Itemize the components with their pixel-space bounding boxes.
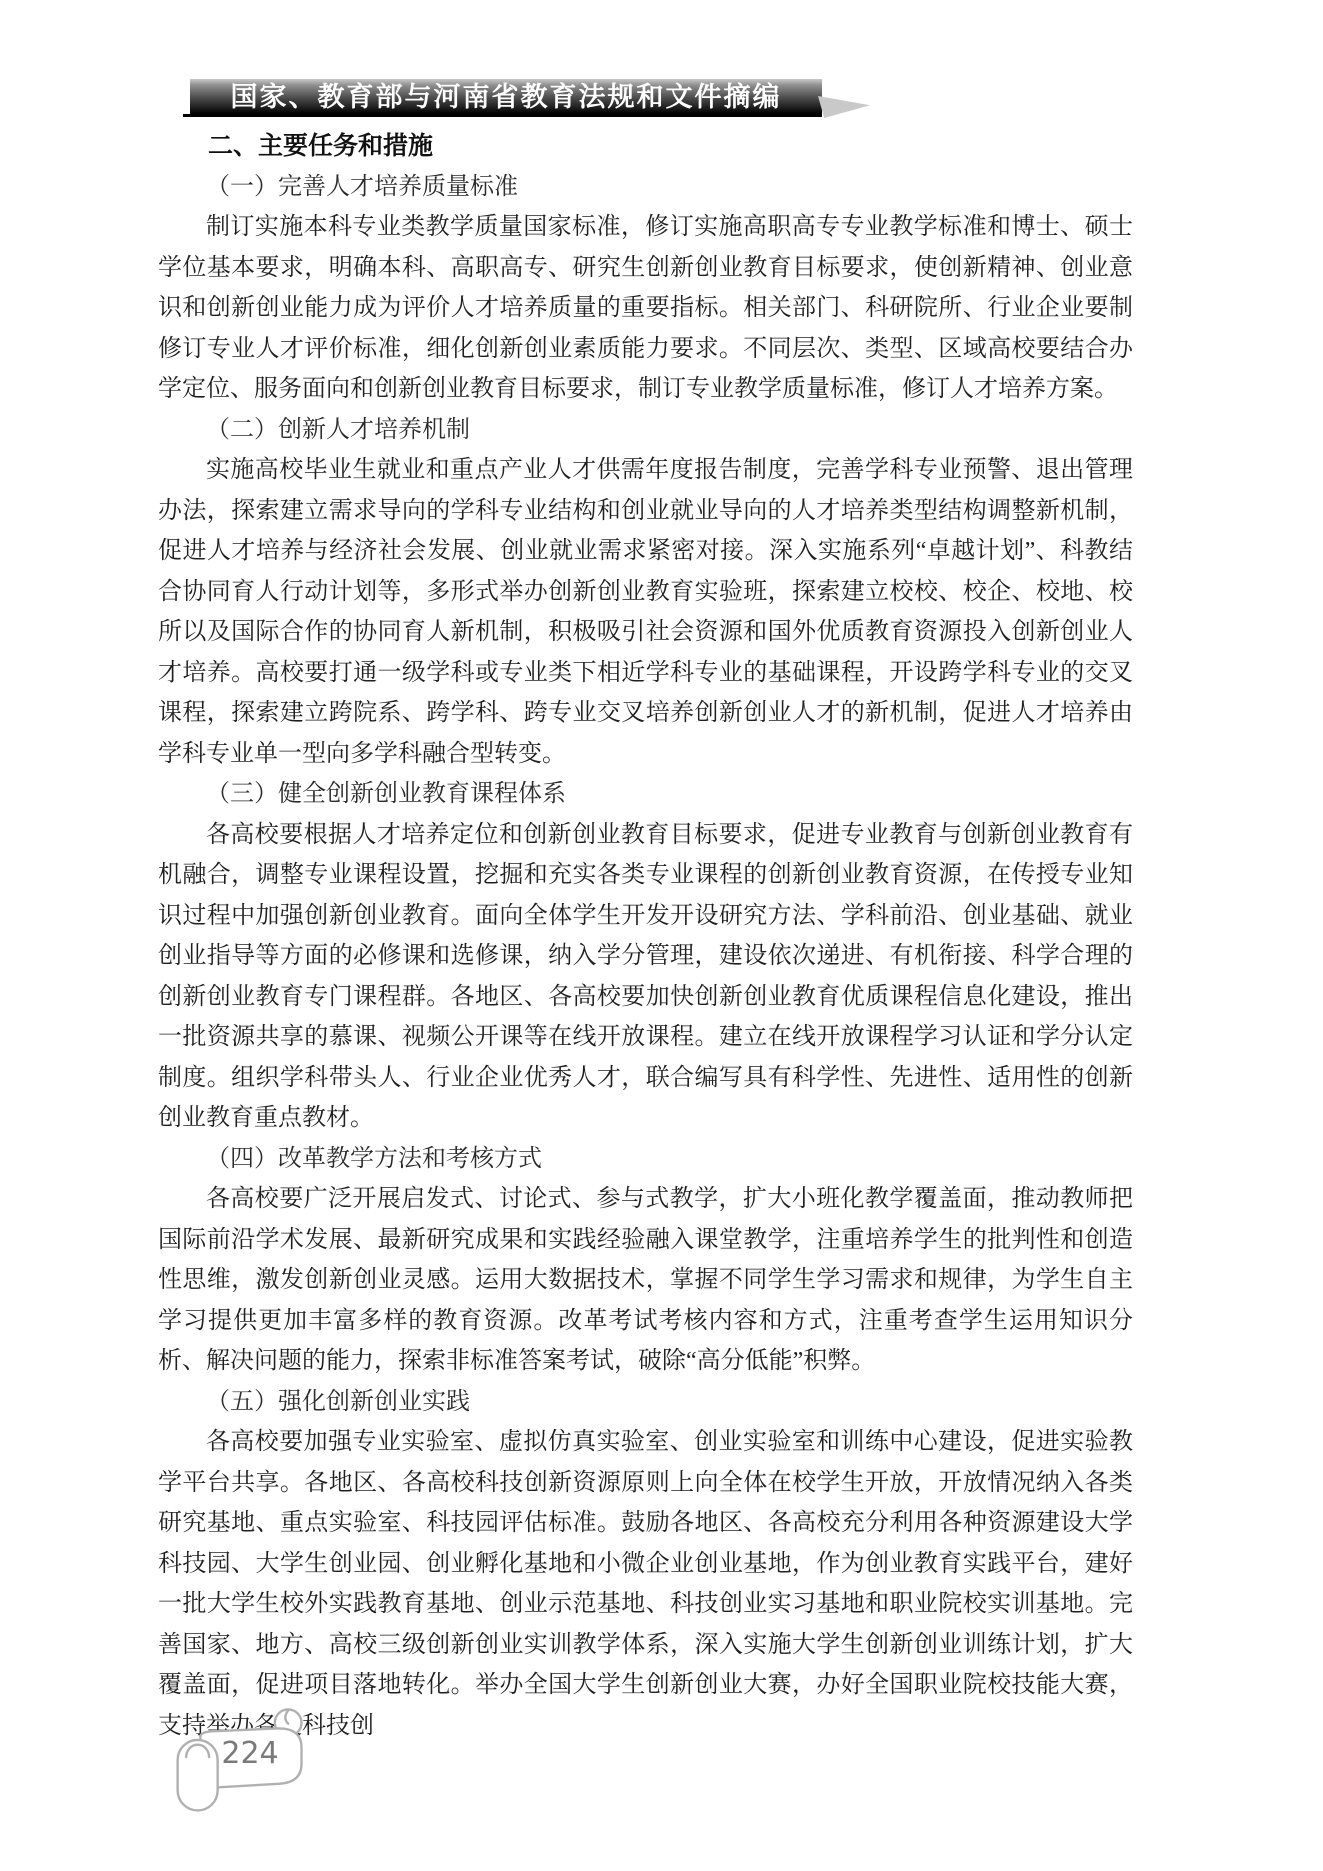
- document-body: 二、主要任务和措施 （一）完善人才培养质量标准 制订实施本科专业类教学质量国家标…: [158, 126, 1133, 1746]
- subsection-paragraph-1: 制订实施本科专业类教学质量国家标准，修订实施高职高专专业教学标准和博士、硕士学位…: [158, 207, 1133, 410]
- page-number-scroll: 224: [170, 1694, 332, 1824]
- subsection-heading-1: （一）完善人才培养质量标准: [158, 167, 1133, 208]
- document-page: 国家、教育部与河南省教育法规和文件摘编 二、主要任务和措施 （一）完善人才培养质…: [0, 0, 1323, 1871]
- subsection-paragraph-3: 各高校要根据人才培养定位和创新创业教育目标要求，促进专业教育与创新创业教育有机融…: [158, 815, 1133, 1139]
- banner-title: 国家、教育部与河南省教育法规和文件摘编: [231, 79, 782, 115]
- header-banner: 国家、教育部与河南省教育法规和文件摘编: [190, 79, 822, 114]
- subsection-paragraph-2: 实施高校毕业生就业和重点产业人才供需年度报告制度，完善学科专业预警、退出管理办法…: [158, 450, 1133, 774]
- subsection-heading-4: （四）改革教学方法和考核方式: [158, 1139, 1133, 1180]
- subsection-heading-2: （二）创新人才培养机制: [158, 410, 1133, 451]
- header-banner-underline: 国家、教育部与河南省教育法规和文件摘编: [183, 79, 822, 117]
- subsection-heading-3: （三）健全创新创业教育课程体系: [158, 774, 1133, 815]
- page-number: 224: [214, 1736, 286, 1771]
- banner-right-arrow-icon: [818, 96, 870, 118]
- main-section-heading: 二、主要任务和措施: [158, 126, 1133, 167]
- subsection-paragraph-4: 各高校要广泛开展启发式、讨论式、参与式教学，扩大小班化教学覆盖面，推动教师把国际…: [158, 1179, 1133, 1382]
- subsection-heading-5: （五）强化创新创业实践: [158, 1382, 1133, 1423]
